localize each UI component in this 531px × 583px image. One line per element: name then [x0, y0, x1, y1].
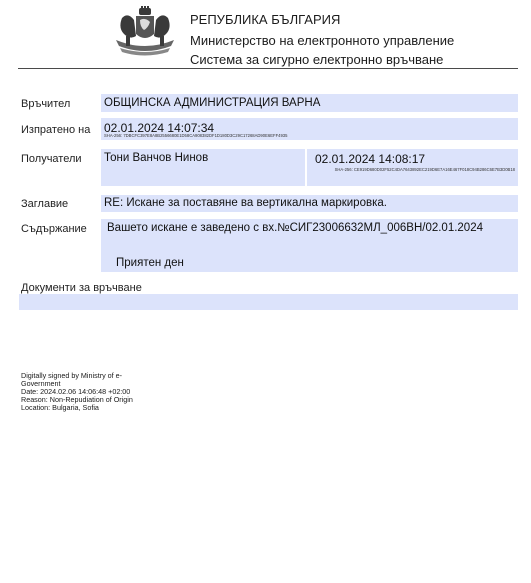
documents-list-box [19, 294, 518, 310]
header-title: РЕПУБЛИКА БЪЛГАРИЯ [190, 12, 340, 27]
sender-label: Връчител [21, 98, 70, 110]
signature-signed-by: Digitally signed by Ministry of e-Govern… [21, 372, 161, 388]
content-line-2: Приятен ден [116, 257, 184, 269]
sent-on-hash: SHA-256: 7DBCFC397E8A8B2556680E1D58CA908… [104, 133, 287, 138]
digital-signature-block: Digitally signed by Ministry of e-Govern… [21, 372, 161, 412]
coat-of-arms-icon [112, 6, 178, 60]
recipient-received-on: 02.01.2024 14:08:17 [315, 152, 425, 166]
sender-value: ОБЩИНСКА АДМИНИСТРАЦИЯ ВАРНА [104, 97, 320, 109]
content-label: Съдържание [21, 223, 87, 235]
subject-value: RE: Искане за поставяне ва вертикална ма… [104, 197, 387, 209]
content-line-1: Вашето искане е заведено с вх.№СИГ230066… [107, 222, 483, 234]
signature-location: Location: Bulgaria, Sofia [21, 404, 161, 412]
documents-label: Документи за връчване [21, 282, 142, 294]
recipient-name: Тони Ванчов Нинов [104, 152, 208, 164]
sent-on-label: Изпратено на [21, 124, 90, 136]
subject-label: Заглавие [21, 198, 68, 210]
recipients-label: Получатели [21, 153, 82, 165]
header-system: Система за сигурно електронно връчване [190, 52, 443, 67]
header-divider [18, 68, 518, 69]
header-ministry: Министерство на електронното управление [190, 33, 454, 48]
document-header: РЕПУБЛИКА БЪЛГАРИЯ Министерство на елект… [0, 0, 531, 70]
recipient-hash: SHA-256: CE919D680D02F52C4DA7643892EC219… [309, 167, 515, 172]
